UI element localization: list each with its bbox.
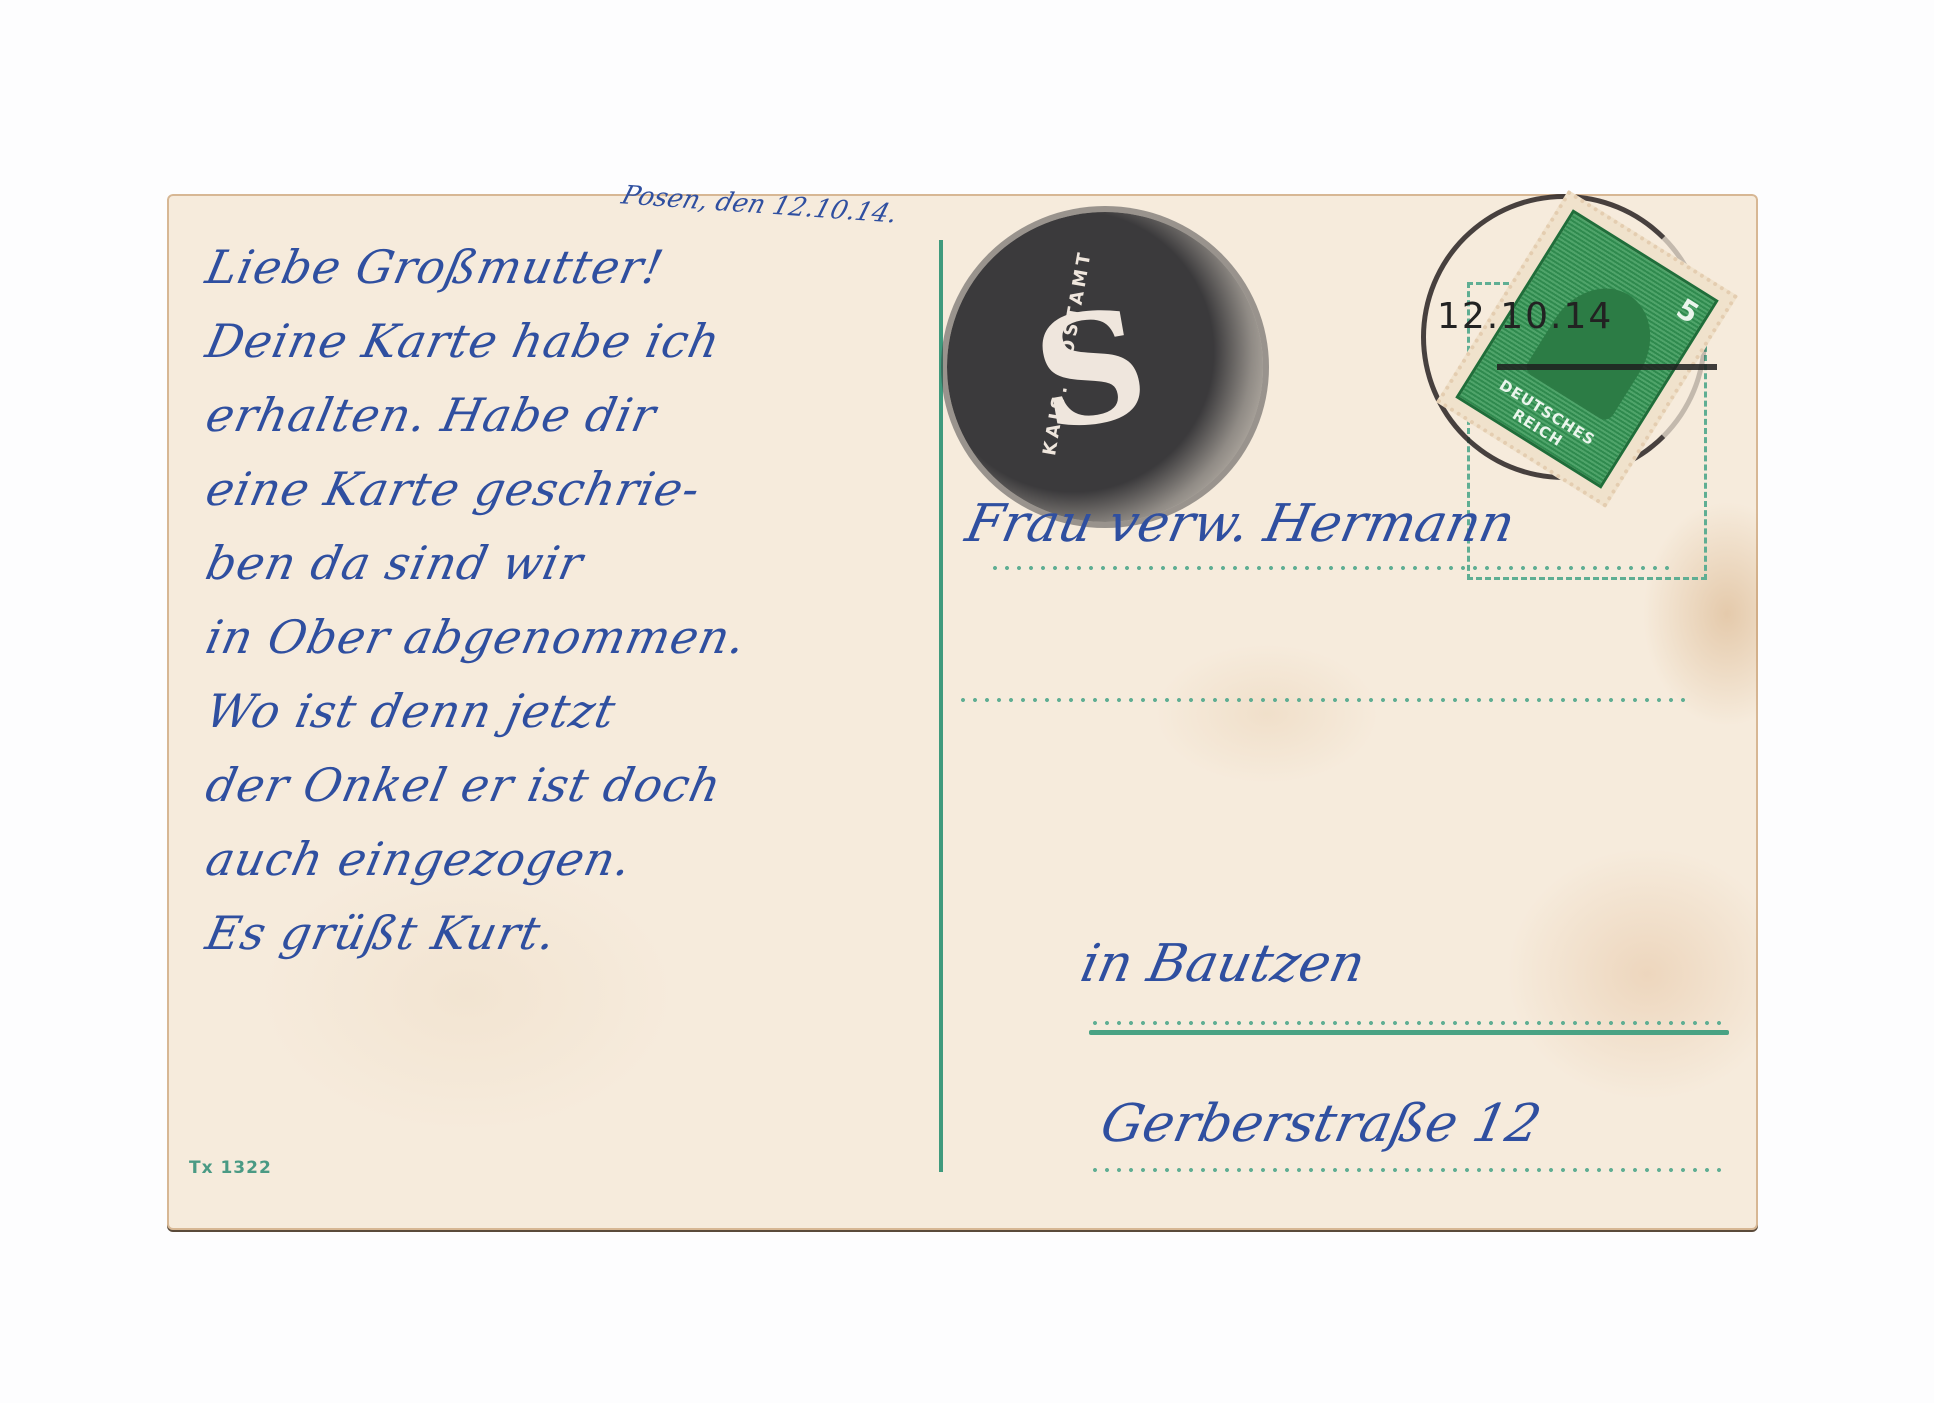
address-city: in Bautzen xyxy=(1076,934,1371,994)
message-line: der Onkel er ist doch xyxy=(199,748,935,822)
address-street: Gerberstraße 12 xyxy=(1096,1094,1546,1154)
message-line: Liebe Großmutter! xyxy=(199,230,935,304)
postcard: Posen, den 12.10.14. Liebe Großmutter! D… xyxy=(167,194,1758,1230)
print-code: Tx 1322 xyxy=(189,1158,272,1178)
message-line: Deine Karte habe ich xyxy=(199,304,935,378)
address-dotted-line xyxy=(1089,1021,1729,1025)
message-line: ben da sind wir xyxy=(199,526,935,600)
cancellation-bar xyxy=(1497,364,1717,370)
address-dotted-line xyxy=(1089,1168,1729,1172)
address-dotted-line xyxy=(989,566,1677,570)
message-line: Wo ist denn jetzt xyxy=(199,674,935,748)
address-recipient: Frau verw. Hermann xyxy=(961,494,1520,554)
message-line: erhalten. Habe dir xyxy=(199,378,935,452)
message-line: in Ober abgenommen. xyxy=(199,600,935,674)
signature: Es grüßt Kurt. xyxy=(199,896,935,970)
handwritten-message: Liebe Großmutter! Deine Karte habe ich e… xyxy=(207,230,927,970)
message-line: eine Karte geschrie- xyxy=(199,452,935,526)
address-dotted-line xyxy=(957,698,1687,702)
stamp-value: 5 xyxy=(1671,292,1705,330)
postmark-date: 12.10.14 xyxy=(1437,296,1613,337)
message-line: auch eingezogen. xyxy=(199,822,935,896)
city-underline xyxy=(1089,1030,1729,1035)
seal-stamp-icon: S KAIS. POSTAMT xyxy=(947,212,1263,522)
dateline: Posen, den 12.10.14. xyxy=(618,181,901,230)
card-divider-line xyxy=(939,240,943,1172)
